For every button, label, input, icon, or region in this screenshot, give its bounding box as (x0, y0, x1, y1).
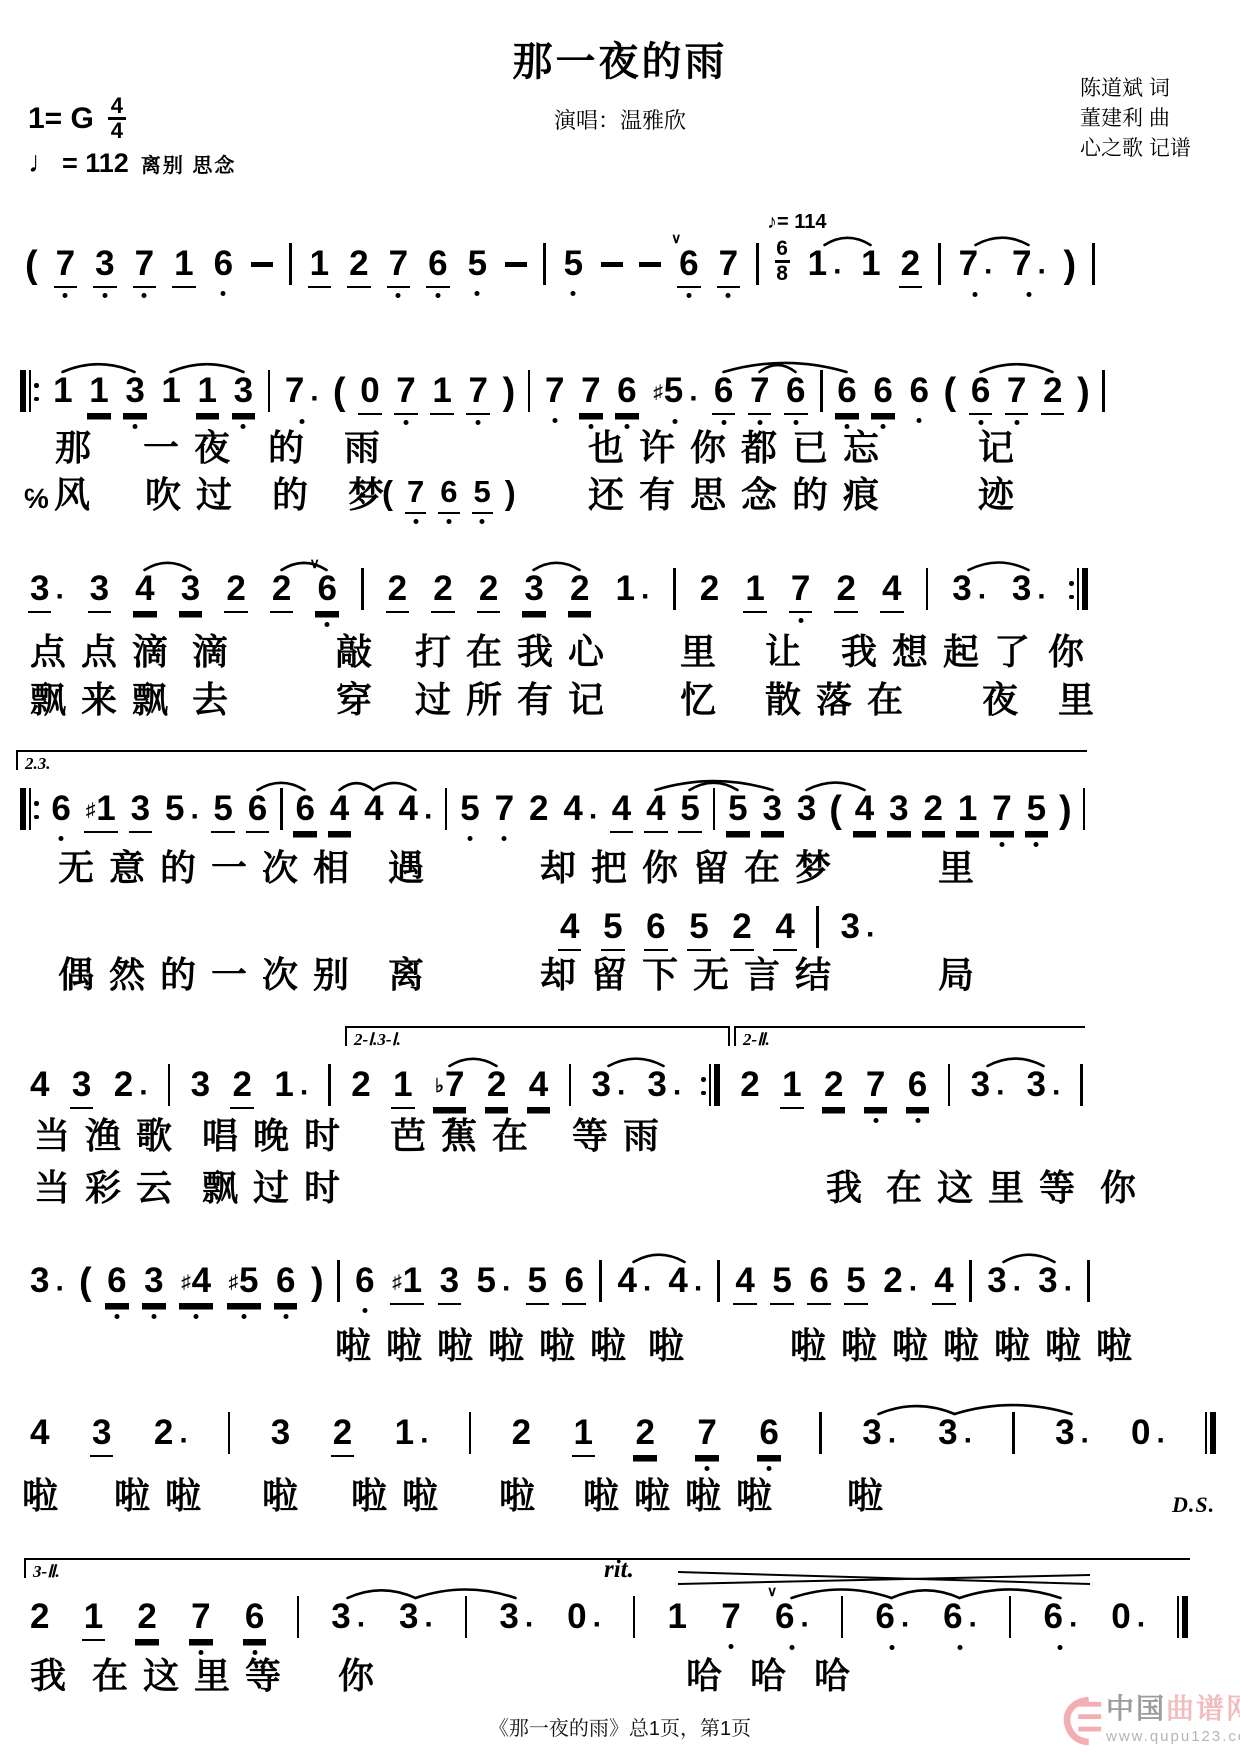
note: 5 (726, 790, 749, 833)
singer-label: 演唱：温雅欣 (0, 104, 1240, 135)
note: 3· (497, 1598, 534, 1640)
note-digit: 7 (466, 372, 489, 415)
note-digit: 2 (485, 1066, 508, 1109)
note: 3 (123, 372, 146, 415)
note: 4 (773, 908, 796, 951)
barline (633, 1598, 636, 1638)
barline (297, 1598, 300, 1638)
note-digit: 1 (393, 1414, 416, 1455)
note: 3 (88, 570, 111, 613)
note-digit: 6 (677, 245, 700, 288)
note: 3· (1036, 1262, 1073, 1304)
note-digit: 3 (522, 570, 545, 613)
note-digit: ♯1 (84, 790, 118, 833)
lyric-segment: 飘来飘 (30, 680, 183, 720)
site-watermark: 中国曲谱网 www.qupu123.com (1062, 1692, 1240, 1748)
note: 6 (274, 1262, 297, 1305)
barline (469, 1414, 472, 1454)
note: ∨6· (773, 1598, 810, 1640)
breath-mark-icon: ∨ (309, 555, 319, 572)
note-digit: 3 (645, 1066, 668, 1107)
note-digit: 7 (695, 1414, 718, 1457)
barline (816, 908, 819, 948)
augmentation-dot: · (357, 1610, 367, 1640)
lyric-row: 无意的一次相遇却把你留在梦里 (20, 848, 1085, 892)
time-signature-change: 68 (775, 239, 790, 284)
note: 1 (196, 372, 219, 415)
note: 1 (159, 372, 182, 413)
low-octave-dot (890, 1645, 895, 1650)
augmentation-dot: · (1069, 1610, 1079, 1640)
note-digit: 3 (28, 570, 51, 613)
note: 1 (391, 1066, 414, 1109)
note-digit: 2 (331, 1414, 354, 1457)
lyric-segment: 无意的一次相 (58, 848, 364, 888)
lyric-segment: 你 (1100, 1168, 1151, 1208)
note-digit: 3 (269, 1414, 292, 1455)
note-row: 6♯135·566444·5724·445533(432175) (20, 790, 1085, 833)
note-digit: 7 (133, 245, 156, 288)
note-digit: 7 (394, 372, 417, 415)
note: 3 (438, 1262, 461, 1305)
note: 6 (293, 790, 316, 833)
breath-mark-icon: ∨ (671, 230, 681, 247)
note: 0· (1109, 1598, 1146, 1640)
lyric-segment: 过所有记 (415, 680, 619, 720)
token (20, 788, 26, 830)
note: 4· (666, 1262, 703, 1304)
note-digit: 7 (748, 372, 771, 415)
low-octave-dot (1034, 842, 1039, 847)
note-digit: 1 (666, 1598, 689, 1639)
accidental: ♯ (392, 1272, 402, 1293)
note-digit: 3 (438, 1262, 461, 1305)
note-digit: 6 (712, 372, 735, 415)
note-digit: 4 (561, 790, 584, 831)
note: 2 (899, 245, 922, 288)
token (1210, 1412, 1216, 1454)
lyric-segment: 吹过 (145, 475, 247, 515)
note: 6 (243, 1598, 266, 1641)
parenthesis: ) (1077, 372, 1090, 412)
note: 2 (431, 570, 454, 613)
token (926, 568, 929, 610)
score-system: 3·(63♯4♯56)6♯135·564·4·45652·43·3·啦啦啦啦啦啦… (28, 1262, 1090, 1305)
token (714, 1064, 720, 1106)
lyric-row: 偶然的一次别离却留下无言结局 (20, 955, 1085, 999)
low-octave-dot (767, 1466, 772, 1471)
lyric-segment: 啦 (1096, 1326, 1147, 1366)
lyric-segment: 风 (54, 475, 105, 515)
note-row: 3·34322∨6222321·217243·3· (28, 570, 1088, 613)
barline (228, 1414, 231, 1454)
note: 4 (362, 790, 385, 831)
note: 3 (142, 1262, 165, 1305)
note: 7 (864, 1066, 887, 1109)
note: ♯1 (84, 790, 118, 833)
quarter-note-icon: ♩ (28, 146, 58, 180)
token (717, 1260, 720, 1302)
note-digit: 7 (283, 372, 306, 413)
note-digit: 3 (838, 908, 861, 949)
note: 3 (887, 790, 910, 833)
low-octave-dot (673, 419, 678, 424)
lyric-segment: 唱晚时 (202, 1116, 355, 1156)
note: 1 (572, 1414, 595, 1457)
note: 7 (133, 245, 156, 288)
token (1012, 1412, 1015, 1454)
note-digit: 6 (615, 372, 638, 415)
dash-note (251, 262, 273, 267)
note-digit: 3 (887, 790, 910, 833)
note: 2 (386, 570, 409, 613)
augmentation-dot: · (888, 1426, 898, 1456)
low-octave-dot (552, 418, 557, 423)
note-digit: 6 (438, 475, 459, 514)
note-digit: 1 (196, 372, 219, 415)
augmentation-dot: · (1037, 582, 1047, 612)
note: 4 (28, 1066, 51, 1107)
note: 3 (129, 790, 152, 833)
barline (717, 1262, 720, 1302)
note-digit: 2 (112, 1066, 135, 1107)
augmentation-dot: · (424, 1610, 434, 1640)
note-digit: 7 (543, 372, 566, 413)
token (34, 790, 39, 830)
lyric-segment: 点点滴 (30, 632, 183, 672)
note-digit: 1 (82, 1598, 105, 1641)
note-digit: 5 (844, 1262, 867, 1305)
lyric-segment: 却把你留在梦 (540, 848, 846, 888)
token (328, 1064, 331, 1106)
note: 3· (936, 1414, 973, 1456)
note-digit: 0 (358, 372, 381, 415)
low-octave-dot (728, 1644, 733, 1649)
note-row: 212763·3·3·0·17∨6·6·6·6·0· (28, 1598, 1188, 1641)
dash-note (601, 262, 623, 267)
note-digit: 1 (743, 570, 766, 613)
barline (701, 1066, 720, 1106)
augmentation-dot: · (689, 384, 699, 414)
lyric-segment: 偶然的一次别 (58, 955, 364, 995)
note-digit: 2 (270, 570, 293, 613)
note: 7· (957, 245, 994, 287)
note: 4 (527, 1066, 550, 1109)
note: 7 (543, 372, 566, 413)
note-digit: 3 (70, 1066, 93, 1109)
lyric-segment: 我 (30, 1656, 81, 1696)
token (569, 1064, 572, 1106)
low-octave-dot (63, 293, 68, 298)
note-digit: 5 (475, 1262, 498, 1303)
note-digit: 3 (232, 372, 255, 415)
token (819, 1412, 822, 1454)
token (228, 1412, 231, 1454)
token (543, 243, 546, 285)
note: 2 (510, 1414, 533, 1455)
note: 6 (246, 790, 269, 833)
note: ♯5 (227, 1262, 261, 1305)
note: 4 (558, 908, 581, 951)
site-name: 中国曲谱网 (1106, 1692, 1240, 1726)
note-row: 3·(63♯4♯56)6♯135·564·4·45652·43·3· (28, 1262, 1090, 1305)
low-octave-dot (798, 618, 803, 623)
score-system: 432·321·212763·3·3·0·啦啦啦啦啦啦啦啦啦啦啦啦D.S. (28, 1414, 1216, 1457)
tempo-change-label: ♪= 114 (767, 211, 827, 234)
barline (445, 790, 448, 830)
note-digit: 4 (615, 1262, 638, 1303)
augmentation-dot: · (420, 1426, 430, 1456)
score-system: 3·34322∨6222321·217243·3·点点滴滴敲打在我心里让 我想起… (28, 570, 1088, 613)
lyric-segment: 啦啦啦啦啦啦 (790, 1326, 1096, 1366)
lyric-segment: 记 (978, 428, 1029, 468)
note: 7· (1010, 245, 1047, 287)
note: 0· (1129, 1414, 1166, 1456)
barline (820, 372, 823, 412)
lyric-row: 啦啦啦啦啦啦啦啦啦啦啦啦啦啦 (28, 1326, 1090, 1370)
note: 3· (590, 1066, 627, 1108)
augmentation-dot: · (1156, 1426, 1166, 1456)
note: 2· (881, 1262, 918, 1304)
note-digit: 6 (784, 372, 807, 415)
note: 3· (969, 1066, 1006, 1108)
note: 7 (579, 372, 602, 415)
low-octave-dot (757, 420, 762, 425)
note-digit: 6 (246, 790, 269, 833)
lyric-segment: 哈 (686, 1656, 737, 1696)
augmentation-dot: · (593, 1610, 603, 1640)
accidental: ♯ (653, 382, 663, 403)
note: 2 (270, 570, 293, 613)
barline (20, 372, 39, 412)
note-digit: 1 (272, 1066, 295, 1107)
score-system: 1131137·(0717)776♯5·676666(672)那一夜的 雨也许你… (20, 372, 1105, 415)
note-digit: 1 (806, 245, 829, 286)
note-digit: 4 (28, 1066, 51, 1107)
note: 4 (880, 570, 903, 613)
note: 3 (761, 790, 784, 833)
parenthesis: ( (333, 372, 346, 412)
barline (1102, 372, 1105, 412)
site-url: www.qupu123.com (1106, 1728, 1240, 1745)
note-digit: 2 (386, 570, 409, 613)
lyric-segment: (765) (382, 475, 516, 514)
segno-icon: ℅ (24, 479, 49, 519)
note: 5 (678, 790, 701, 833)
augmentation-dot: · (1052, 1078, 1062, 1108)
lyric-segment: 一夜 (143, 428, 245, 468)
barline (528, 372, 531, 412)
note: 1 (82, 1598, 105, 1641)
note-digit: 2 (527, 790, 550, 831)
parenthesis: ) (505, 475, 516, 514)
note-digit: 2 (698, 570, 721, 611)
note: 3 (269, 1414, 292, 1455)
token (1087, 1260, 1090, 1302)
note-digit: 6 (757, 1414, 780, 1457)
accidental: ♭ (435, 1076, 444, 1097)
note: 6 (105, 1262, 128, 1305)
note: 2 (738, 1066, 761, 1107)
slur-arcs (28, 526, 1088, 574)
slur-arcs (28, 1218, 1090, 1266)
barline (713, 790, 716, 830)
note-digit: 2 (633, 1414, 656, 1457)
note-digit: 3 (28, 1262, 51, 1303)
note-digit: 7 (1005, 372, 1028, 415)
note: 6· (873, 1598, 910, 1640)
augmentation-dot: · (589, 802, 599, 832)
note-digit: 3 (123, 372, 146, 415)
low-octave-dot (475, 291, 480, 296)
note: 3· (860, 1414, 897, 1456)
note: 7 (990, 790, 1013, 833)
low-octave-dot (413, 519, 418, 524)
note: 3 (93, 245, 116, 288)
note: 4 (644, 790, 667, 833)
augmentation-dot: · (190, 802, 200, 832)
barline (1080, 1066, 1083, 1106)
note-digit: 3 (189, 1066, 212, 1107)
parenthesis: ) (311, 1262, 324, 1302)
note: ∨6 (677, 245, 700, 288)
barline (756, 245, 759, 285)
note: 1· (272, 1066, 309, 1108)
parenthesis: ( (25, 245, 38, 285)
note: 3· (950, 570, 987, 612)
lyric-segment: 当渔歌 (34, 1116, 187, 1156)
note: 2 (834, 570, 857, 613)
volta-bracket: 2-Ⅱ. (734, 1026, 1085, 1046)
lyric-segment: 夜 里 (982, 680, 1109, 720)
low-octave-dot (1058, 1645, 1063, 1650)
note-digit: 6 (907, 372, 930, 413)
low-octave-dot (793, 420, 798, 425)
note: 7 (695, 1414, 718, 1457)
note: 6 (212, 245, 235, 286)
note: 2 (347, 245, 370, 288)
augmentation-dot: · (673, 1078, 683, 1108)
note: 6 (835, 372, 858, 415)
note-digit: 2 (230, 1066, 253, 1109)
score-system: (73716127655∨67681·127·7·)♪= 114 (25, 245, 1095, 288)
low-octave-dot (571, 291, 576, 296)
token (701, 1066, 706, 1106)
low-octave-dot (726, 293, 731, 298)
note-digit: 4 (397, 790, 420, 831)
note: 0· (565, 1598, 602, 1640)
lyric-segment: 芭蕉在 (390, 1116, 543, 1156)
dash-note (505, 262, 527, 267)
note: 1· (393, 1414, 430, 1456)
note-digit: 4 (362, 790, 385, 831)
note: 1 (87, 372, 110, 415)
augmentation-dot: · (179, 1426, 189, 1456)
note-digit: 2 (477, 570, 500, 613)
slur-arcs (25, 201, 1095, 249)
token (29, 788, 32, 830)
augmentation-dot: · (310, 384, 320, 414)
note-digit: ♯1 (390, 1262, 424, 1305)
token (756, 243, 759, 285)
note-digit: 3 (860, 1414, 883, 1455)
low-octave-dot (325, 622, 330, 627)
lyric-segment: 我 (826, 1168, 877, 1208)
note: 7 (1005, 372, 1028, 415)
lyric-segment: 哈 (814, 1656, 865, 1696)
note: 2· (152, 1414, 189, 1456)
note: 3 (232, 372, 255, 415)
note-digit: 2 (922, 790, 945, 833)
barline (569, 1066, 572, 1106)
note: 4 (932, 1262, 955, 1305)
lyric-row: 点点滴滴敲打在我心里让 我想起了你 (28, 632, 1088, 676)
note: 2 (730, 908, 753, 951)
note-digit: 2 (568, 570, 591, 613)
lyric-segment: 忆 (680, 680, 731, 720)
token (1082, 568, 1088, 610)
token (469, 1412, 472, 1454)
note: 6 (615, 372, 638, 415)
note: 7 (466, 372, 489, 415)
low-octave-dot (502, 836, 507, 841)
lyric-segment: 遇 (388, 848, 439, 888)
note: 4 (28, 1414, 51, 1455)
lyric-segment: 离 (388, 955, 439, 995)
note: 7 (54, 245, 77, 288)
note-digit: 1 (780, 1066, 803, 1109)
barline (1009, 1598, 1012, 1638)
lyric-segment: 让 我想起了 (765, 632, 1045, 672)
note: 4 (328, 790, 351, 833)
key-label: 1= G (28, 102, 94, 136)
note-digit: 2 (135, 1598, 158, 1641)
note-digit: 2 (881, 1262, 904, 1303)
mood-label: 离别 思念 (141, 149, 237, 178)
note: 6 (969, 372, 992, 415)
lyric-segment: 啦 (648, 1326, 699, 1366)
low-octave-dot (241, 1314, 246, 1319)
note-digit: 3 (1010, 570, 1033, 611)
augmentation-dot: · (424, 802, 434, 832)
note: 7 (387, 245, 410, 288)
token (816, 906, 819, 948)
page-title: 那一夜的雨 (0, 30, 1240, 87)
note: 3 (70, 1066, 93, 1109)
barline (1177, 1598, 1188, 1638)
note-digit: 6 (873, 1598, 896, 1639)
note-digit: 3 (329, 1598, 352, 1639)
token (1092, 243, 1095, 285)
lyric-row: 飘来飘去穿过所有记忆散落在夜 里 (28, 680, 1088, 724)
token (1009, 1596, 1012, 1638)
note-digit: 7 (789, 570, 812, 613)
note-digit: 4 (328, 790, 351, 833)
note: 5· (475, 1262, 512, 1304)
note: 4· (397, 790, 434, 832)
note-digit: 0 (1129, 1414, 1152, 1455)
note: 0 (358, 372, 381, 415)
note-digit: ♯5 (227, 1262, 261, 1305)
slur-arcs (20, 328, 1105, 376)
note-digit: 1 (956, 790, 979, 833)
barline (1012, 1414, 1015, 1454)
low-octave-dot (789, 1645, 794, 1650)
note-digit: 5 (211, 790, 234, 833)
note-digit: 2 (1041, 372, 1064, 415)
score-system: 4565243· (558, 908, 876, 951)
barline (268, 372, 271, 412)
